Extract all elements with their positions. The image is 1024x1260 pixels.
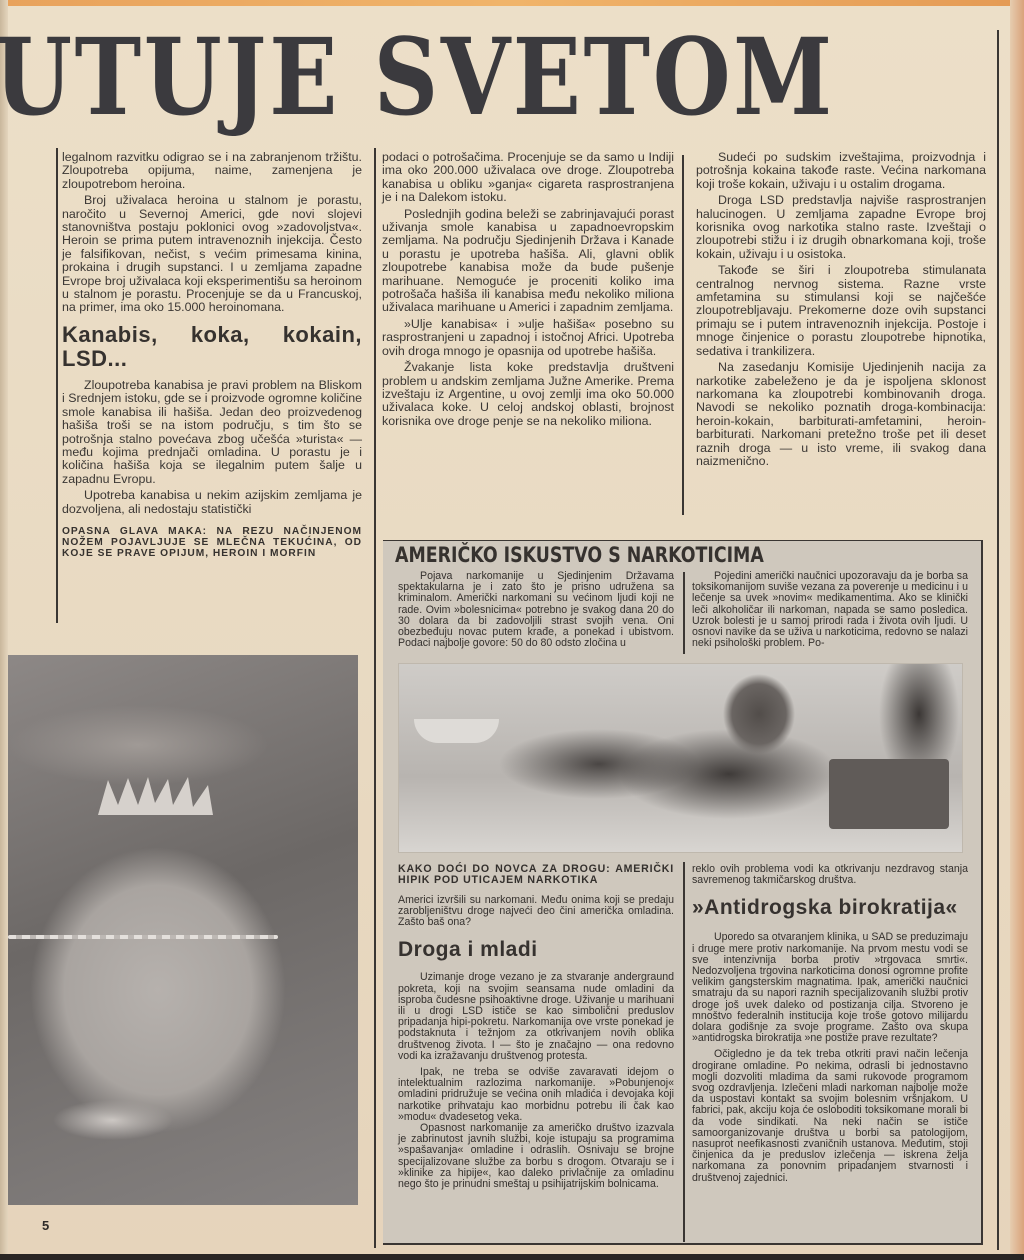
photo-caption: KAKO DOĆI DO NOVCA ZA DROGU: AMERIČKI HI… [398, 864, 674, 887]
section-subheading: Kanabis, koka, kokain, LSD... [62, 323, 362, 371]
paragraph: Upotreba kanabisa u nekim azijskim zemlj… [62, 489, 362, 516]
box-left-bottom: KAKO DOĆI DO NOVCA ZA DROGU: AMERIČKI HI… [398, 864, 674, 1190]
section-heading: Droga i mladi [398, 938, 674, 962]
paragraph: Droga LSD predstavlja najviše rasprostra… [696, 194, 986, 261]
article-column-3: Sudeći po sudskim izveštajima, proizvodn… [696, 151, 986, 471]
magazine-page: UTUJE SVETOM legalnom razvitku odigrao s… [0, 0, 1024, 1260]
paragraph: Žvakanje lista koke predstavlja društven… [382, 361, 674, 428]
column-divider [997, 30, 999, 1250]
photo-caption: OPASNA GLAVA MAKA: NA REZU NAČINJENOM NO… [62, 526, 362, 559]
paragraph: Očigledno je da tek treba otkriti pravi … [692, 1049, 968, 1183]
column-divider [56, 148, 58, 623]
sink-shape [414, 719, 499, 743]
poppy-head-photo [8, 655, 358, 1205]
box-right-border [981, 540, 983, 1245]
paragraph: Broj uživalaca heroina u stalnom je pora… [62, 194, 362, 315]
column-divider [682, 155, 684, 515]
tape-recorder-shape [829, 759, 949, 829]
paragraph: Zloupotreba kanabisa je pravi problem na… [62, 379, 362, 486]
page-number: 5 [42, 1218, 49, 1233]
box-left-top-text: Pojava narkomanije u Sjedinjenim Državam… [398, 571, 674, 649]
box-column-divider [683, 862, 685, 1242]
section-heading: »Antidrogska birokratija« [692, 896, 968, 920]
paragraph: Uzimanje droge vezano je za stvaranje an… [398, 972, 674, 1062]
right-edge [1010, 0, 1024, 1260]
poppy-crown-shape [93, 775, 223, 815]
page-headline: UTUJE SVETOM [0, 22, 863, 132]
box-right-bottom: reklo ovih problema vodi ka otkrivanju n… [692, 864, 968, 1184]
paragraph: Ipak, ne treba se odviše zavaravati idej… [398, 1067, 674, 1123]
paragraph: Pojava narkomanije u Sjedinjenim Državam… [398, 571, 674, 649]
paragraph: legalnom razvitku odigrao se i na zabran… [62, 151, 362, 191]
left-edge [0, 0, 8, 1260]
top-edge [0, 0, 1024, 6]
box-column-divider [683, 572, 685, 654]
paragraph: Na zasedanju Komisije Ujedinjenih nacija… [696, 361, 986, 468]
hippie-on-bed-photo [398, 663, 963, 853]
paragraph: Poslednjih godina beleži se zabrinjavaju… [382, 208, 674, 315]
paragraph: Uporedo sa otvaranjem klinika, u SAD se … [692, 932, 968, 1044]
paragraph: reklo ovih problema vodi ka otkrivanju n… [692, 864, 968, 886]
bottom-edge [0, 1254, 1024, 1260]
box-bottom-border [383, 1243, 983, 1245]
column-divider [374, 148, 376, 1248]
feature-box-title: AMERIČKO ISKUSTVO S NARKOTICIMA [395, 542, 929, 568]
paragraph: podaci o potrošačima. Procenjuje se da s… [382, 151, 674, 205]
paragraph: Opasnost narkomanije za američko društvo… [398, 1123, 674, 1190]
box-right-top-text: Pojedini američki naučnici upozoravaju d… [692, 571, 968, 649]
milky-seam [8, 935, 278, 939]
paragraph: »Ulje kanabisa« i »ulje hašiša« posebno … [382, 318, 674, 358]
paragraph: Sudeći po sudskim izveštajima, proizvodn… [696, 151, 986, 191]
paragraph: Takođe se širi i zloupotreba stimulanata… [696, 264, 986, 358]
intro-paragraph: Americi izvršili su narkomani. Među onim… [398, 895, 674, 929]
article-column-2: podaci o potrošačima. Procenjuje se da s… [382, 151, 674, 431]
paragraph: Pojedini američki naučnici upozoravaju d… [692, 571, 968, 649]
article-column-1: legalnom razvitku odigrao se i na zabran… [62, 151, 362, 559]
